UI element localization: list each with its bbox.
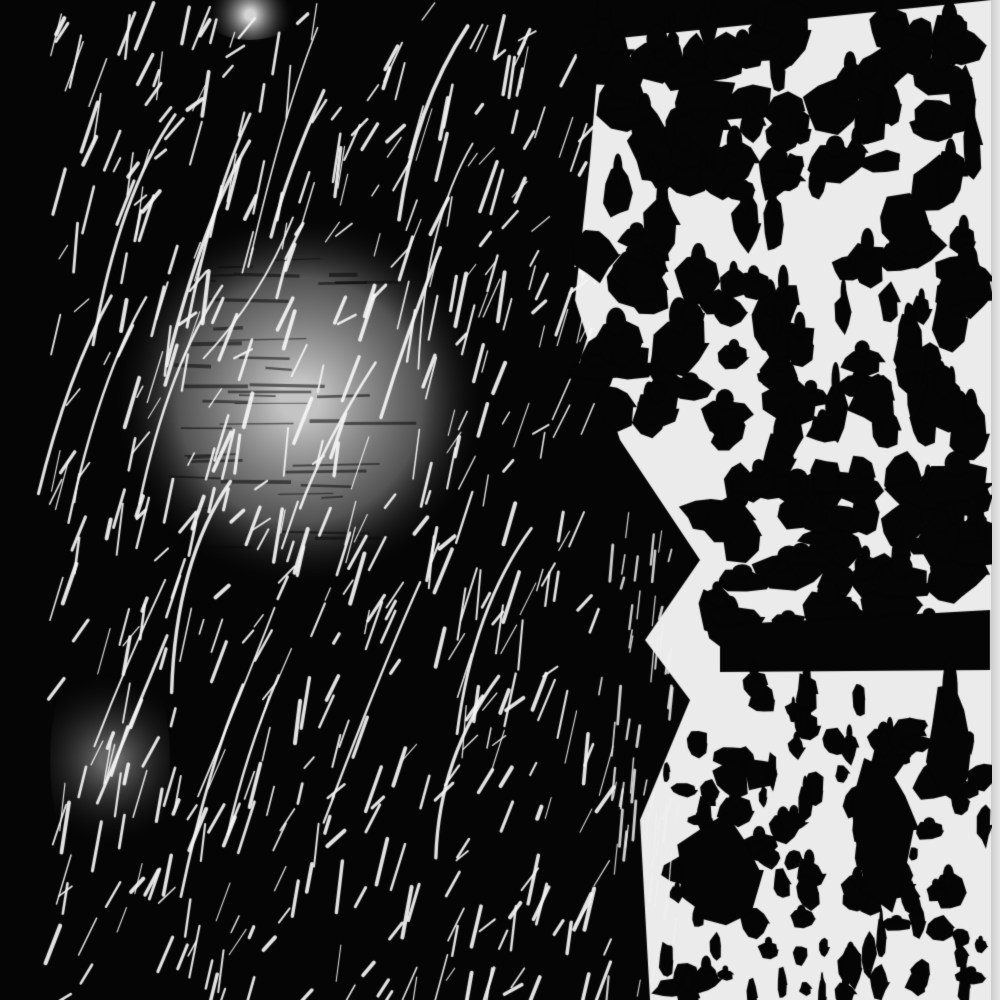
canvas-edge — [992, 0, 1000, 1000]
abstract-painting — [0, 0, 1000, 1000]
